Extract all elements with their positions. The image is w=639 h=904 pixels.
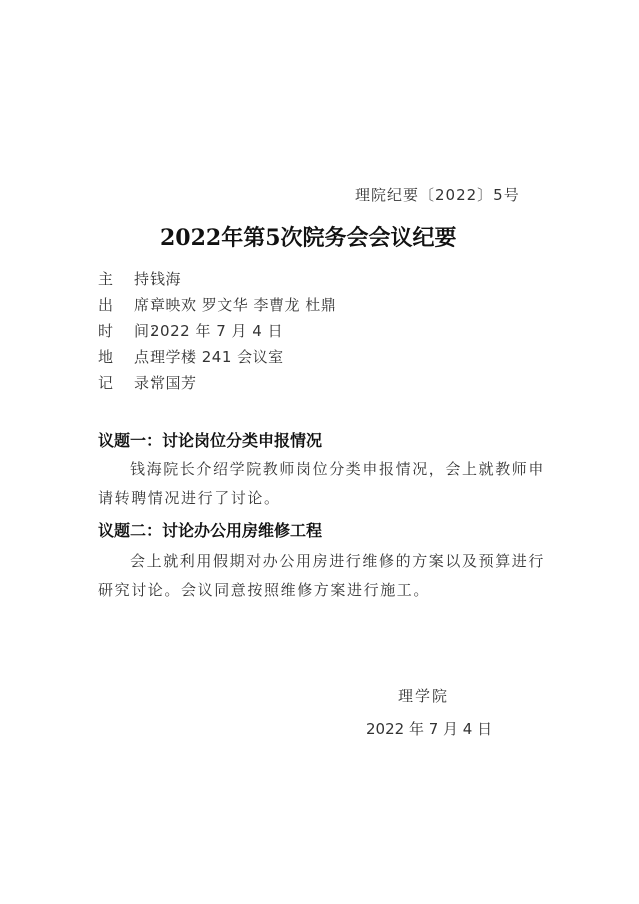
info-row-location: 地点：理学楼 241 会议室 (98, 346, 284, 367)
signature-date: 2022 年 7 月 4 日 (366, 718, 492, 739)
info-value: 钱海 (150, 270, 181, 288)
info-label: 主持： (98, 268, 150, 289)
info-row-host: 主持：钱海 (98, 268, 181, 289)
info-label: 出席： (98, 294, 150, 315)
info-value: 章映欢 罗文华 李曹龙 杜鼎 (150, 296, 336, 314)
info-value: 常国芳 (150, 374, 197, 392)
topic-1-body: 钱海院长介绍学院教师岗位分类申报情况，会上就教师申请转聘情况进行了讨论。 (98, 455, 548, 513)
info-row-attendees: 出席：章映欢 罗文华 李曹龙 杜鼎 (98, 294, 336, 315)
info-value: 理学楼 241 会议室 (150, 348, 284, 366)
info-row-time: 时间：2022 年 7 月 4 日 (98, 320, 283, 341)
topic-1-heading: 议题一：讨论岗位分类申报情况 (98, 428, 322, 451)
info-row-recorder: 记录：常国芳 (98, 372, 197, 393)
topic-2-body: 会上就利用假期对办公用房进行维修的方案以及预算进行研究讨论。会议同意按照维修方案… (98, 547, 548, 605)
topic-2-heading: 议题二：讨论办公用房维修工程 (98, 518, 322, 541)
info-label: 记录： (98, 372, 150, 393)
info-label: 地点： (98, 346, 150, 367)
info-value: 2022 年 7 月 4 日 (150, 322, 283, 340)
document-title: 2022年第5次院务会会议纪要 (160, 221, 457, 252)
document-number: 理院纪要〔2022〕5号 (355, 184, 520, 205)
signature-organization: 理学院 (398, 685, 449, 706)
info-label: 时间： (98, 320, 150, 341)
